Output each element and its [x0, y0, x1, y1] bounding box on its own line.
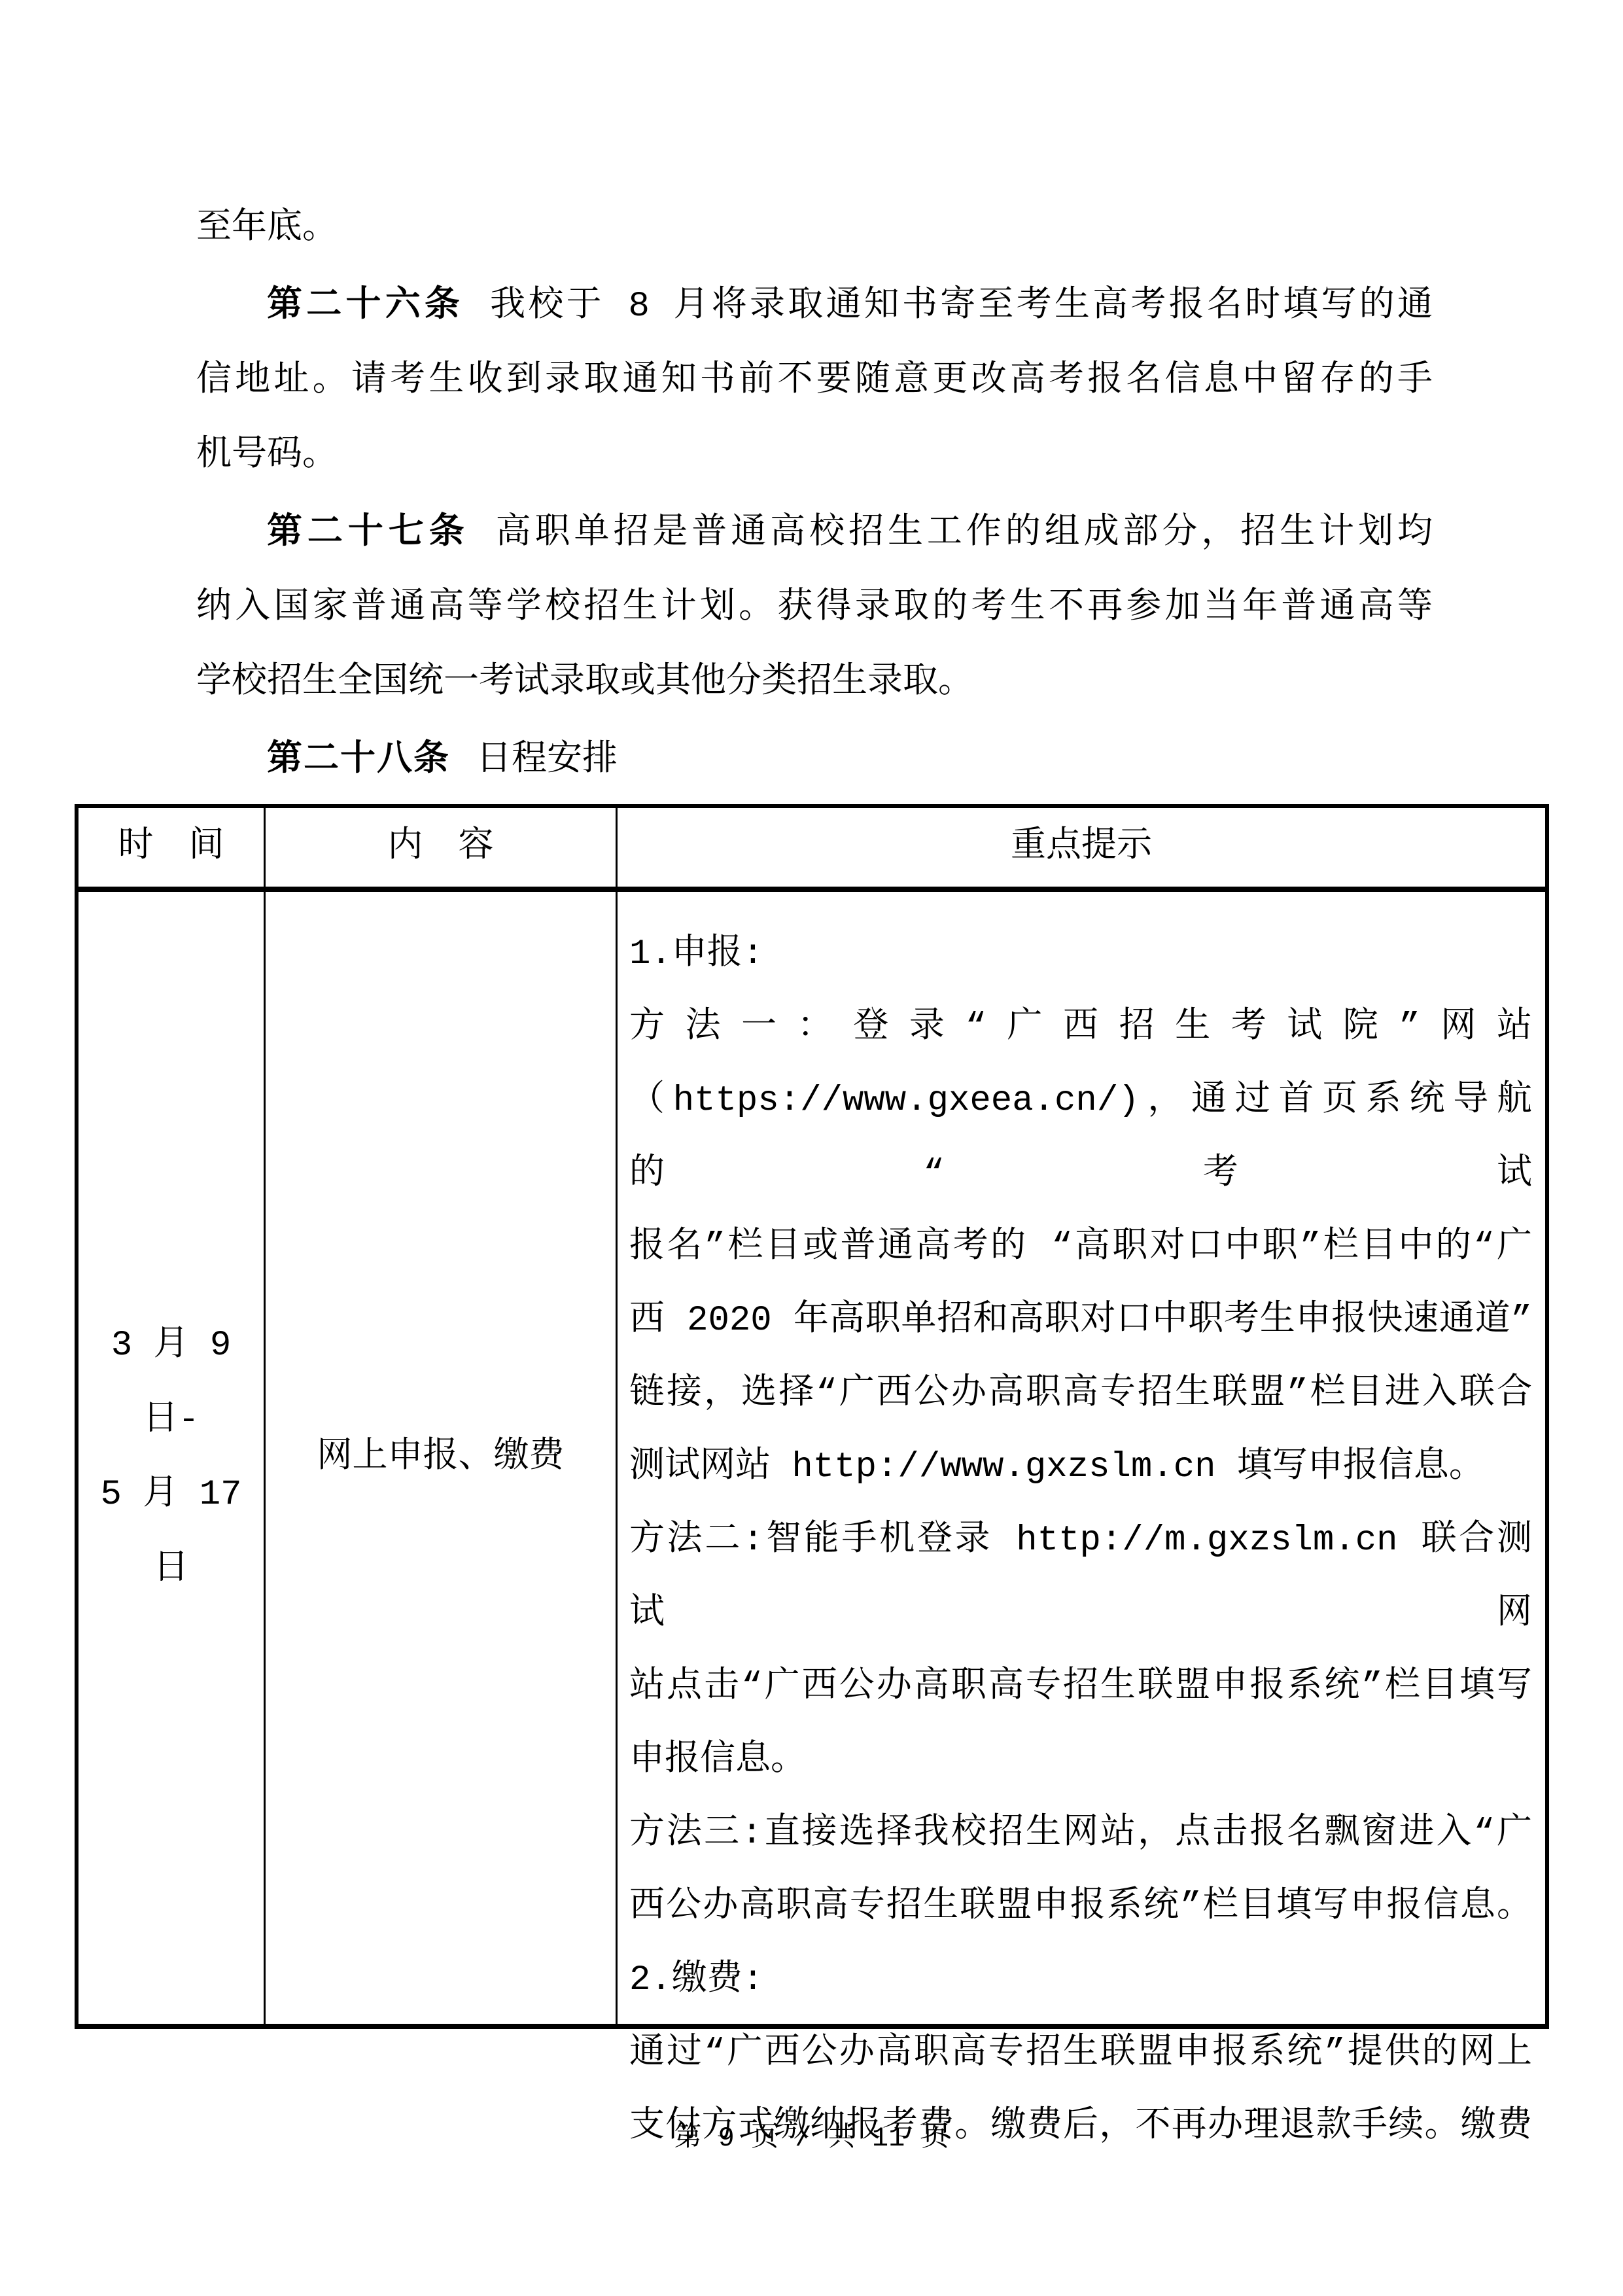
header-cell-time: 时 间: [79, 808, 266, 887]
article-28-text-1: 日程安排: [476, 741, 618, 781]
schedule-table-row: 3 月 9 日- 5 月 17 日 网上申报、缴费 1.申报: 方法一：登录“广…: [79, 892, 1545, 2024]
main-text: 至年底。 第二十六条我校于 8 月将录取通知书寄至考生高考报名时填写的通 信地址…: [196, 192, 1433, 798]
article-28-number: 第二十八条: [267, 737, 450, 778]
tips-line-11: 方法三:直接选择我校招生网站，点击报名飘窗进入“广: [629, 1797, 1532, 1871]
article-26-number: 第二十六条: [267, 283, 464, 324]
header-cell-content: 内 容: [266, 808, 618, 887]
tips-line-4: 报名”栏目或普通高考的 “高职对口中职”栏目中的“广: [629, 1211, 1532, 1284]
tips-line-2: 方法一：登录“广西招生考试院”网站: [629, 991, 1532, 1065]
tips-line-9: 站点击“广西公办高职高专招生联盟申报系统”栏目填写: [629, 1651, 1532, 1724]
header-cell-tips: 重点提示: [618, 808, 1545, 887]
article-27-line-3: 学校招生全国统一考试录取或其他分类招生录取。: [196, 646, 1433, 720]
cell-content: 网上申报、缴费: [266, 892, 618, 2024]
schedule-table-header-row: 时 间 内 容 重点提示: [79, 808, 1545, 892]
tips-line-5: 西 2020 年高职单招和高职对口中职考生申报快速通道”: [629, 1284, 1532, 1358]
article-26-line-2: 信地址。请考生收到录取通知书前不要随意更改高考报名信息中留存的手: [196, 344, 1433, 419]
document-page: { "doc": { "opening": "至年底。", "a26": { "…: [0, 0, 1623, 2296]
article-27-line-1: 第二十七条高职单招是普通高校招生工作的组成部分，招生计划均: [196, 493, 1433, 571]
schedule-table: 时 间 内 容 重点提示 3 月 9 日- 5 月 17 日 网上申报、缴费 1…: [75, 804, 1549, 2029]
tips-line-13: 2.缴费:: [629, 1944, 1532, 2017]
article-26-line-1: 第二十六条我校于 8 月将录取通知书寄至考生高考报名时填写的通: [196, 266, 1433, 344]
cell-time: 3 月 9 日- 5 月 17 日: [79, 892, 266, 2024]
page-number: 第 9 页 / 共 11 页: [0, 2119, 1623, 2158]
paragraph-continuation-line: 至年底。: [196, 192, 1433, 266]
tips-line-8: 方法二:智能手机登录 http://m.gxzslm.cn 联合测试网: [629, 1504, 1532, 1651]
article-26-text-1: 我校于 8 月将录取通知书寄至考生高考报名时填写的通: [490, 287, 1433, 327]
tips-line-3: （https://www.gxeea.cn/)，通过首页系统导航的“考试: [629, 1065, 1532, 1211]
article-27-text-1: 高职单招是普通高校招生工作的组成部分，招生计划均: [496, 514, 1433, 554]
tips-line-1: 1.申报:: [629, 918, 1532, 991]
tips-line-10: 申报信息。: [629, 1724, 1532, 1797]
cell-tips: 1.申报: 方法一：登录“广西招生考试院”网站 （https://www.gxe…: [618, 892, 1545, 2024]
article-26-line-3: 机号码。: [196, 419, 1433, 493]
tips-line-7: 测试网站 http://www.gxzslm.cn 填写申报信息。: [629, 1431, 1532, 1504]
tips-line-12: 西公办高职高专招生联盟申报系统”栏目填写申报信息。: [629, 1871, 1532, 1944]
tips-line-6: 链接，选择“广西公办高职高专招生联盟”栏目进入联合: [629, 1358, 1532, 1431]
article-27-line-2: 纳入国家普通高等学校招生计划。获得录取的考生不再参加当年普通高等: [196, 571, 1433, 646]
article-28-line-1: 第二十八条日程安排: [196, 720, 1433, 798]
article-27-number: 第二十七条: [267, 510, 470, 551]
tips-line-14: 通过“广西公办高职高专招生联盟申报系统”提供的网上: [629, 2017, 1532, 2091]
